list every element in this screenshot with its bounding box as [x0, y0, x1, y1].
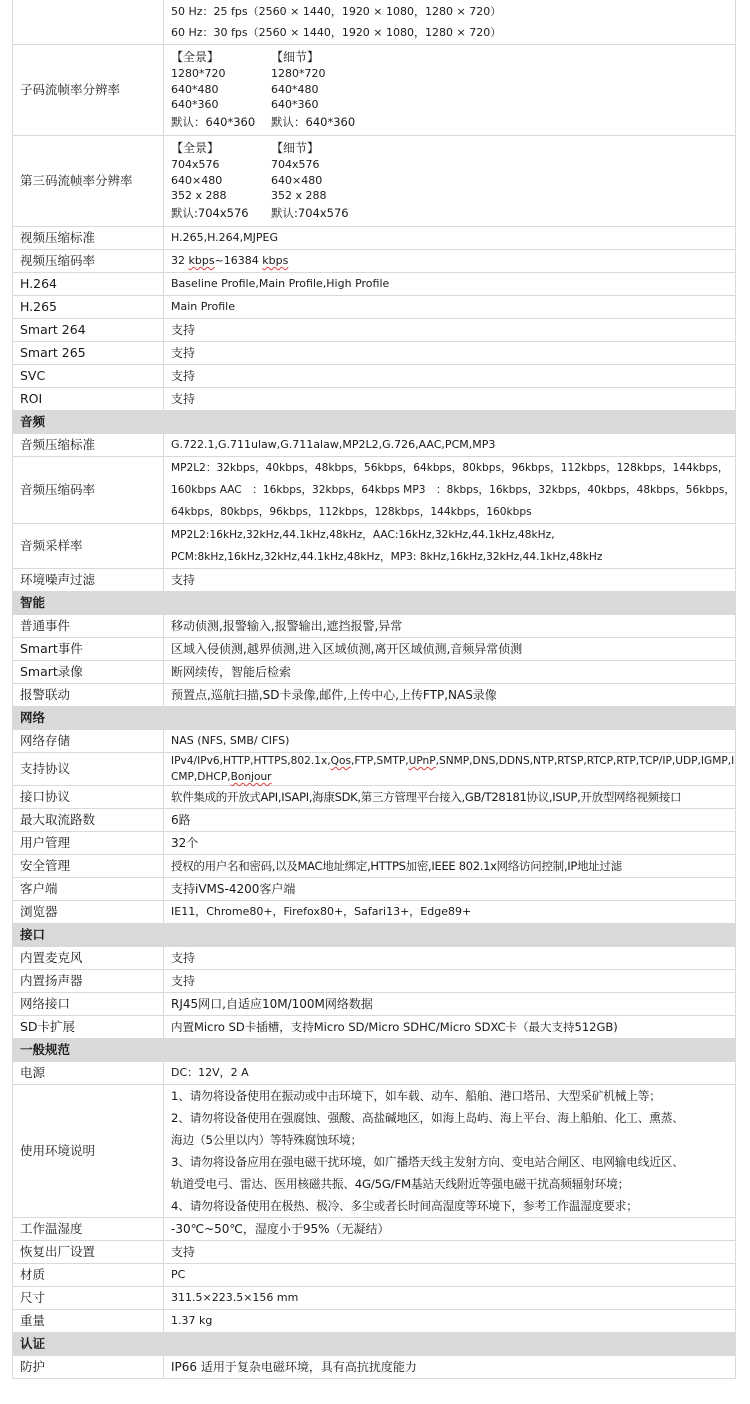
row-value: 区域入侵侦测,越界侦测,进入区域侦测,离开区域侦测,音频异常侦测 — [164, 638, 736, 661]
row-label: ROI — [13, 388, 164, 411]
table-row: Smart 264 支持 — [13, 319, 736, 342]
row-value: 软件集成的开放式API,ISAPI,海康SDK,第三方管理平台接入,GB/T28… — [164, 786, 736, 809]
table-row: 音频压缩码率 MP2L2：32kbps，40kbps，48kbps，56kbps… — [13, 457, 736, 524]
table-row: 浏览器 IE11，Chrome80+，Firefox80+，Safari13+，… — [13, 901, 736, 924]
row-label: Smart 265 — [13, 342, 164, 365]
row-value: NAS (NFS, SMB/ CIFS) — [164, 730, 736, 753]
row-value: 支持 — [164, 1241, 736, 1264]
row-value: H.265,H.264,MJPEG — [164, 227, 736, 250]
row-value: G.722.1,G.711ulaw,G.711alaw,MP2L2,G.726,… — [164, 434, 736, 457]
row-value: 1、请勿将设备使用在振动或中击环境下，如车载、动车、船舶、港口塔吊、大型采矿机械… — [164, 1085, 736, 1218]
table-row: 客户端 支持iVMS-4200客户端 — [13, 878, 736, 901]
row-value: 【全景】 【细节】 704x576 704x576 640×480 640×48… — [164, 136, 736, 227]
row-value: MP2L2:16kHz,32kHz,44.1kHz,48kHz，AAC:16kH… — [164, 524, 736, 569]
row-value: 311.5×223.5×156 mm — [164, 1287, 736, 1310]
table-row: Smart事件 区域入侵侦测,越界侦测,进入区域侦测,离开区域侦测,音频异常侦测 — [13, 638, 736, 661]
table-row: 用户管理 32个 — [13, 832, 736, 855]
res-value: 640×480 — [271, 173, 371, 189]
row-value: 支持 — [164, 569, 736, 592]
res-value: 640*360 — [171, 97, 271, 113]
res-default: 默认：640*360 — [171, 113, 271, 131]
table-row: H.265 Main Profile — [13, 296, 736, 319]
row-label: 音频压缩标准 — [13, 434, 164, 457]
value-line: MP2L2:16kHz,32kHz,44.1kHz,48kHz，AAC:16kH… — [171, 524, 735, 546]
row-value: 1.37 kg — [164, 1310, 736, 1333]
table-row: 防护 IP66 适用于复杂电磁环境，具有高抗扰度能力 — [13, 1356, 736, 1379]
section-title: 智能 — [13, 592, 736, 615]
row-value: 移动侦测,报警输入,报警输出,遮挡报警,异常 — [164, 615, 736, 638]
row-value: 支持 — [164, 319, 736, 342]
row-value: 预置点,巡航扫描,SD卡录像,邮件,上传中心,上传FTP,NAS录像 — [164, 684, 736, 707]
table-row: 重量 1.37 kg — [13, 1310, 736, 1333]
row-label: SD卡扩展 — [13, 1016, 164, 1039]
row-label: SVC — [13, 365, 164, 388]
value-line: 2、请勿将设备使用在强腐蚀、强酸、高盐碱地区，如海上岛屿、海上平台、海上船舶、化… — [171, 1107, 735, 1129]
row-value: -30℃~50℃，湿度小于95%（无凝结） — [164, 1218, 736, 1241]
section-title: 一般规范 — [13, 1039, 736, 1062]
row-label: 视频压缩码率 — [13, 250, 164, 273]
row-label: 电源 — [13, 1062, 164, 1085]
row-label: 普通事件 — [13, 615, 164, 638]
res-value: 1280*720 — [271, 66, 371, 82]
table-row: 视频压缩码率 32 kbps~16384 kbps — [13, 250, 736, 273]
value-line: PCM:8kHz,16kHz,32kHz,44.1kHz,48kHz，MP3: … — [171, 546, 735, 568]
table-row: 安全管理 授权的用户名和密码,以及MAC地址绑定,HTTPS加密,IEEE 80… — [13, 855, 736, 878]
row-value: 支持 — [164, 342, 736, 365]
value-part: kbps — [189, 254, 215, 267]
value-part: ,FTP,SMTP, — [351, 755, 409, 767]
row-label: 防护 — [13, 1356, 164, 1379]
value-part: Qos — [331, 755, 351, 767]
row-value: IE11，Chrome80+，Firefox80+，Safari13+，Edge… — [164, 901, 736, 924]
value-line: 1、请勿将设备使用在振动或中击环境下，如车载、动车、船舶、港口塔吊、大型采矿机械… — [171, 1085, 735, 1107]
table-row: ROI 支持 — [13, 388, 736, 411]
row-value: IP66 适用于复杂电磁环境，具有高抗扰度能力 — [164, 1356, 736, 1379]
col-header-detail: 【细节】 — [271, 140, 371, 157]
res-value: 352 x 288 — [271, 188, 371, 204]
value-part: ~16384 — [215, 254, 263, 267]
value-part: Bonjour — [231, 771, 272, 783]
row-value: 内置Micro SD卡插槽，支持Micro SD/Micro SDHC/Micr… — [164, 1016, 736, 1039]
value-line: 64kbps，80kbps，96kbps，112kbps，128kbps，144… — [171, 501, 735, 523]
main-stream-50hz: 50 Hz：25 fps（2560 × 1440，1920 × 1080，128… — [171, 1, 735, 22]
value-part: 32 — [171, 254, 189, 267]
table-row: 接口协议 软件集成的开放式API,ISAPI,海康SDK,第三方管理平台接入,G… — [13, 786, 736, 809]
section-title: 认证 — [13, 1333, 736, 1356]
row-label: 恢复出厂设置 — [13, 1241, 164, 1264]
table-row: 音频采样率 MP2L2:16kHz,32kHz,44.1kHz,48kHz，AA… — [13, 524, 736, 569]
section-header-interface: 接口 — [13, 924, 736, 947]
row-value: 6路 — [164, 809, 736, 832]
value-line: 轨道受电弓、雷达、医用核磁共振、4G/5G/FM基站天线附近等强电磁干扰高频辐射… — [171, 1173, 735, 1195]
row-value: 授权的用户名和密码,以及MAC地址绑定,HTTPS加密,IEEE 802.1x网… — [164, 855, 736, 878]
row-label: 浏览器 — [13, 901, 164, 924]
res-value: 640*480 — [271, 82, 371, 98]
col-header-panorama: 【全景】 — [171, 49, 271, 66]
col-header-detail: 【细节】 — [271, 49, 371, 66]
row-value: 支持 — [164, 947, 736, 970]
row-label: 工作温湿度 — [13, 1218, 164, 1241]
value-line: 海边（5公里以内）等特殊腐蚀环境； — [171, 1129, 735, 1151]
table-row: SD卡扩展 内置Micro SD卡插槽，支持Micro SD/Micro SDH… — [13, 1016, 736, 1039]
value-line: 4、请勿将设备使用在极热、极冷、多尘或者长时间高湿度等环境下，参考工作温湿度要求… — [171, 1195, 735, 1217]
row-value: 断网续传，智能后检索 — [164, 661, 736, 684]
table-row: 音频压缩标准 G.722.1,G.711ulaw,G.711alaw,MP2L2… — [13, 434, 736, 457]
res-value: 640×480 — [171, 173, 271, 189]
row-label: 安全管理 — [13, 855, 164, 878]
table-row: Smart 265 支持 — [13, 342, 736, 365]
table-row: 内置麦克风 支持 — [13, 947, 736, 970]
row-label: 使用环境说明 — [13, 1085, 164, 1218]
res-default: 默认:704x576 — [271, 204, 371, 222]
section-title: 音频 — [13, 411, 736, 434]
table-row: 工作温湿度 -30℃~50℃，湿度小于95%（无凝结） — [13, 1218, 736, 1241]
row-label: H.264 — [13, 273, 164, 296]
table-row: 使用环境说明 1、请勿将设备使用在振动或中击环境下，如车载、动车、船舶、港口塔吊… — [13, 1085, 736, 1218]
row-value: PC — [164, 1264, 736, 1287]
row-label: 客户端 — [13, 878, 164, 901]
section-header-certification: 认证 — [13, 1333, 736, 1356]
table-row: SVC 支持 — [13, 365, 736, 388]
row-label: 环境噪声过滤 — [13, 569, 164, 592]
res-value: 704x576 — [171, 157, 271, 173]
row-label — [13, 0, 164, 45]
table-row: H.264 Baseline Profile,Main Profile,High… — [13, 273, 736, 296]
section-header-smart: 智能 — [13, 592, 736, 615]
row-label: 音频采样率 — [13, 524, 164, 569]
row-label: Smart事件 — [13, 638, 164, 661]
res-default: 默认：640*360 — [271, 113, 371, 131]
row-value: 32 kbps~16384 kbps — [164, 250, 736, 273]
row-label: 内置麦克风 — [13, 947, 164, 970]
table-row: 网络接口 RJ45网口,自适应10M/100M网络数据 — [13, 993, 736, 1016]
row-value: 50 Hz：25 fps（2560 × 1440，1920 × 1080，128… — [164, 0, 736, 45]
value-line: MP2L2：32kbps，40kbps，48kbps，56kbps，64kbps… — [171, 457, 735, 479]
res-value: 704x576 — [271, 157, 371, 173]
res-value: 1280*720 — [171, 66, 271, 82]
value-part: IPv4/IPv6,HTTP,HTTPS,802.1x, — [171, 755, 331, 767]
row-label: 材质 — [13, 1264, 164, 1287]
row-value: 【全景】 【细节】 1280*720 1280*720 640*480 640*… — [164, 45, 736, 136]
value-line: 160kbps AAC ：16kbps，32kbps，64kbps MP3 ：8… — [171, 479, 735, 501]
res-value: 352 x 288 — [171, 188, 271, 204]
value-part: CMP,DHCP, — [171, 771, 231, 783]
row-label: 内置扬声器 — [13, 970, 164, 993]
table-row: Smart录像 断网续传，智能后检索 — [13, 661, 736, 684]
table-row: 内置扬声器 支持 — [13, 970, 736, 993]
table-row: 最大取流路数 6路 — [13, 809, 736, 832]
section-header-network: 网络 — [13, 707, 736, 730]
table-row: 报警联动 预置点,巡航扫描,SD卡录像,邮件,上传中心,上传FTP,NAS录像 — [13, 684, 736, 707]
table-row: 视频压缩标准 H.265,H.264,MJPEG — [13, 227, 736, 250]
table-row: 尺寸 311.5×223.5×156 mm — [13, 1287, 736, 1310]
table-row-main-stream: 50 Hz：25 fps（2560 × 1440，1920 × 1080，128… — [13, 0, 736, 45]
value-part: ,SNMP,DNS,DDNS,NTP,RTSP,RTCP,RTP,TCP/IP,… — [436, 755, 735, 767]
table-row: 网络存储 NAS (NFS, SMB/ CIFS) — [13, 730, 736, 753]
value-part: kbps — [262, 254, 288, 267]
row-label: 网络存储 — [13, 730, 164, 753]
section-header-general: 一般规范 — [13, 1039, 736, 1062]
value-line: CMP,DHCP,Bonjour — [171, 769, 735, 785]
col-header-panorama: 【全景】 — [171, 140, 271, 157]
table-row: 环境噪声过滤 支持 — [13, 569, 736, 592]
row-value: IPv4/IPv6,HTTP,HTTPS,802.1x,Qos,FTP,SMTP… — [164, 753, 736, 786]
section-title: 网络 — [13, 707, 736, 730]
row-value: MP2L2：32kbps，40kbps，48kbps，56kbps，64kbps… — [164, 457, 736, 524]
row-label: Smart录像 — [13, 661, 164, 684]
row-label: 尺寸 — [13, 1287, 164, 1310]
row-value: DC：12V，2 A — [164, 1062, 736, 1085]
row-label: H.265 — [13, 296, 164, 319]
row-label: 网络接口 — [13, 993, 164, 1016]
table-row: 电源 DC：12V，2 A — [13, 1062, 736, 1085]
res-value: 640*360 — [271, 97, 371, 113]
res-value: 640*480 — [171, 82, 271, 98]
row-label: 用户管理 — [13, 832, 164, 855]
row-label: 支持协议 — [13, 753, 164, 786]
row-value: 支持 — [164, 970, 736, 993]
row-label: Smart 264 — [13, 319, 164, 342]
row-label: 子码流帧率分辨率 — [13, 45, 164, 136]
row-value: Baseline Profile,Main Profile,High Profi… — [164, 273, 736, 296]
table-row-third-stream: 第三码流帧率分辨率 【全景】 【细节】 704x576 704x576 640×… — [13, 136, 736, 227]
section-title: 接口 — [13, 924, 736, 947]
table-row: 支持协议 IPv4/IPv6,HTTP,HTTPS,802.1x,Qos,FTP… — [13, 753, 736, 786]
section-header-audio: 音频 — [13, 411, 736, 434]
table-row: 普通事件 移动侦测,报警输入,报警输出,遮挡报警,异常 — [13, 615, 736, 638]
res-default: 默认:704x576 — [171, 204, 271, 222]
row-value: 支持 — [164, 365, 736, 388]
value-line: IPv4/IPv6,HTTP,HTTPS,802.1x,Qos,FTP,SMTP… — [171, 753, 735, 769]
row-label: 视频压缩标准 — [13, 227, 164, 250]
main-stream-60hz: 60 Hz：30 fps（2560 × 1440，1920 × 1080，128… — [171, 22, 735, 43]
row-label: 音频压缩码率 — [13, 457, 164, 524]
row-label: 重量 — [13, 1310, 164, 1333]
table-row: 材质 PC — [13, 1264, 736, 1287]
value-line: 3、请勿将设备应用在强电磁干扰环境，如广播塔天线主发射方向、变电站合闸区、电网输… — [171, 1151, 735, 1173]
row-label: 第三码流帧率分辨率 — [13, 136, 164, 227]
spec-table: 50 Hz：25 fps（2560 × 1440，1920 × 1080，128… — [12, 0, 736, 1379]
row-value: 支持 — [164, 388, 736, 411]
row-label: 接口协议 — [13, 786, 164, 809]
table-row-sub-stream: 子码流帧率分辨率 【全景】 【细节】 1280*720 1280*720 640… — [13, 45, 736, 136]
row-value: Main Profile — [164, 296, 736, 319]
row-label: 报警联动 — [13, 684, 164, 707]
row-value: 支持iVMS-4200客户端 — [164, 878, 736, 901]
table-row: 恢复出厂设置 支持 — [13, 1241, 736, 1264]
row-label: 最大取流路数 — [13, 809, 164, 832]
row-value: RJ45网口,自适应10M/100M网络数据 — [164, 993, 736, 1016]
row-value: 32个 — [164, 832, 736, 855]
value-part: UPnP — [409, 755, 436, 767]
